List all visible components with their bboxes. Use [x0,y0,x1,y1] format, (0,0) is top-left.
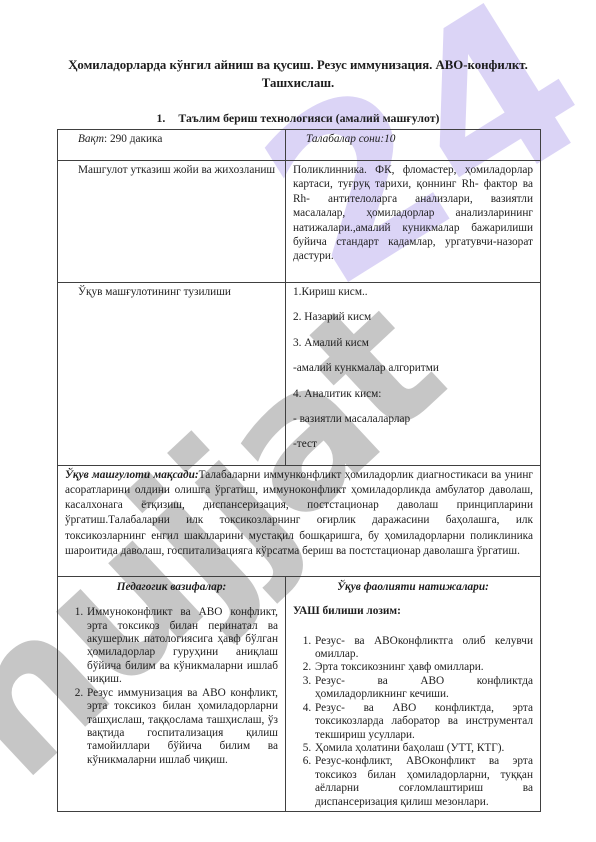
learning-result-item: Эрта токсикознинг ҳавф омиллари. [314,661,533,674]
table-row-place: Машгулот утказиш жойи ва жихозланиш Поли… [58,161,541,283]
learning-results-header: Ўқув фаолияти натижалари: [293,580,533,594]
title-line-1: Ҳомиладорларда кўнгил айниш ва қусиш. Ре… [68,58,528,72]
lesson-technology-table: Вақт: 290 дакика Талабалар сони:10 Машгу… [57,129,541,812]
pedagogic-task-item: Иммуноконфликт ва АВО конфликт, эрта ток… [86,606,278,686]
document-page: hujjat 24 Ҳомиладорларда кўнгил айниш ва… [0,0,596,842]
learning-result-item: Ҳомила ҳолатини баҳолаш (УТТ, КТГ). [314,742,533,755]
pedagogic-tasks-cell: Педагогик вазифалар: Иммуноконфликт ва А… [58,576,286,811]
structure-item: 3. Амалий кисм [293,336,533,350]
structure-item: -тест [293,437,533,451]
time-value: : 290 дакика [104,133,162,145]
table-row-structure: Ўқув машғулотининг тузилиши 1.Кириш кисм… [58,283,541,466]
pedagogic-tasks-list: Иммуноконфликт ва АВО конфликт, эрта ток… [65,606,278,767]
goal-body: Талабаларни иммунконфликт ҳомиладорлик д… [65,469,533,557]
pedagogic-task-item: Резус иммунизация ва АВО конфликт, эрта … [86,687,278,767]
document-content: Ҳомиладорларда кўнгил айниш ва қусиш. Ре… [0,0,596,812]
structure-item: - вазиятли масалаларлар [293,412,533,426]
section-title: Таълим бериш технологияси (амалий машғул… [178,111,439,125]
time-label: Вақт [78,133,104,145]
structure-item: 1.Кириш кисм.. [293,285,533,299]
learning-result-item: Резус- ва АВО конфликтда ҳомиладорликнин… [314,675,533,702]
structure-item: 4. Аналитик кисм: [293,387,533,401]
students-cell: Талабалар сони:10 [286,130,541,161]
structure-item: 2. Назарий кисм [293,310,533,324]
learning-results-list: Резус- ва АВОконфликтга олиб келувчи оми… [293,635,533,809]
section-number: 1. [157,111,166,125]
structure-label: Ўқув машғулотининг тузилиши [78,286,231,298]
time-cell: Вақт: 290 дакика [58,130,286,161]
goal-cell: Ўқув машғулоти мақсади:Талабаларни иммун… [58,465,541,576]
goal-paragraph: Ўқув машғулоти мақсади:Талабаларни иммун… [65,468,533,559]
section-heading: 1.Таълим бериш технологияси (амалий машғ… [0,111,596,126]
learning-result-item: Резус- ва АВОконфликтга олиб келувчи оми… [314,635,533,662]
structure-label-cell: Ўқув машғулотининг тузилиши [58,283,286,466]
students-count: Талабалар сони:10 [306,133,395,145]
structure-item: -амалий кункмалар алгоритми [293,361,533,375]
learning-result-item: Резус-конфликт, АВОконфликт ва эрта токс… [314,755,533,809]
structure-items-cell: 1.Кириш кисм.. 2. Назарий кисм 3. Амалий… [286,283,541,466]
place-value: Поликлинника. ФК, фломастер, ҳомиладорла… [293,164,533,262]
page-title: Ҳомиладорларда кўнгил айниш ва қусиш. Ре… [0,0,596,92]
table-row-time: Вақт: 290 дакика Талабалар сони:10 [58,130,541,161]
place-label: Машгулот утказиш жойи ва жихозланиш [78,164,275,176]
table-row-goal: Ўқув машғулоти мақсади:Талабаларни иммун… [58,465,541,576]
gp-must-know-header: УАШ билиши лозим: [293,604,533,618]
place-value-cell: Поликлинника. ФК, фломастер, ҳомиладорла… [286,161,541,283]
learning-result-item: Резус- ва АВО конфликтда, эрта токсикозл… [314,702,533,742]
place-label-cell: Машгулот утказиш жойи ва жихозланиш [58,161,286,283]
goal-lead: Ўқув машғулоти мақсади: [65,469,199,481]
learning-results-cell: Ўқув фаолияти натижалари: УАШ билиши лоз… [286,576,541,811]
pedagogic-tasks-header: Педагогик вазифалар: [65,580,278,594]
title-line-2: Ташхислаш. [262,76,334,90]
table-row-tasks-results: Педагогик вазифалар: Иммуноконфликт ва А… [58,576,541,811]
